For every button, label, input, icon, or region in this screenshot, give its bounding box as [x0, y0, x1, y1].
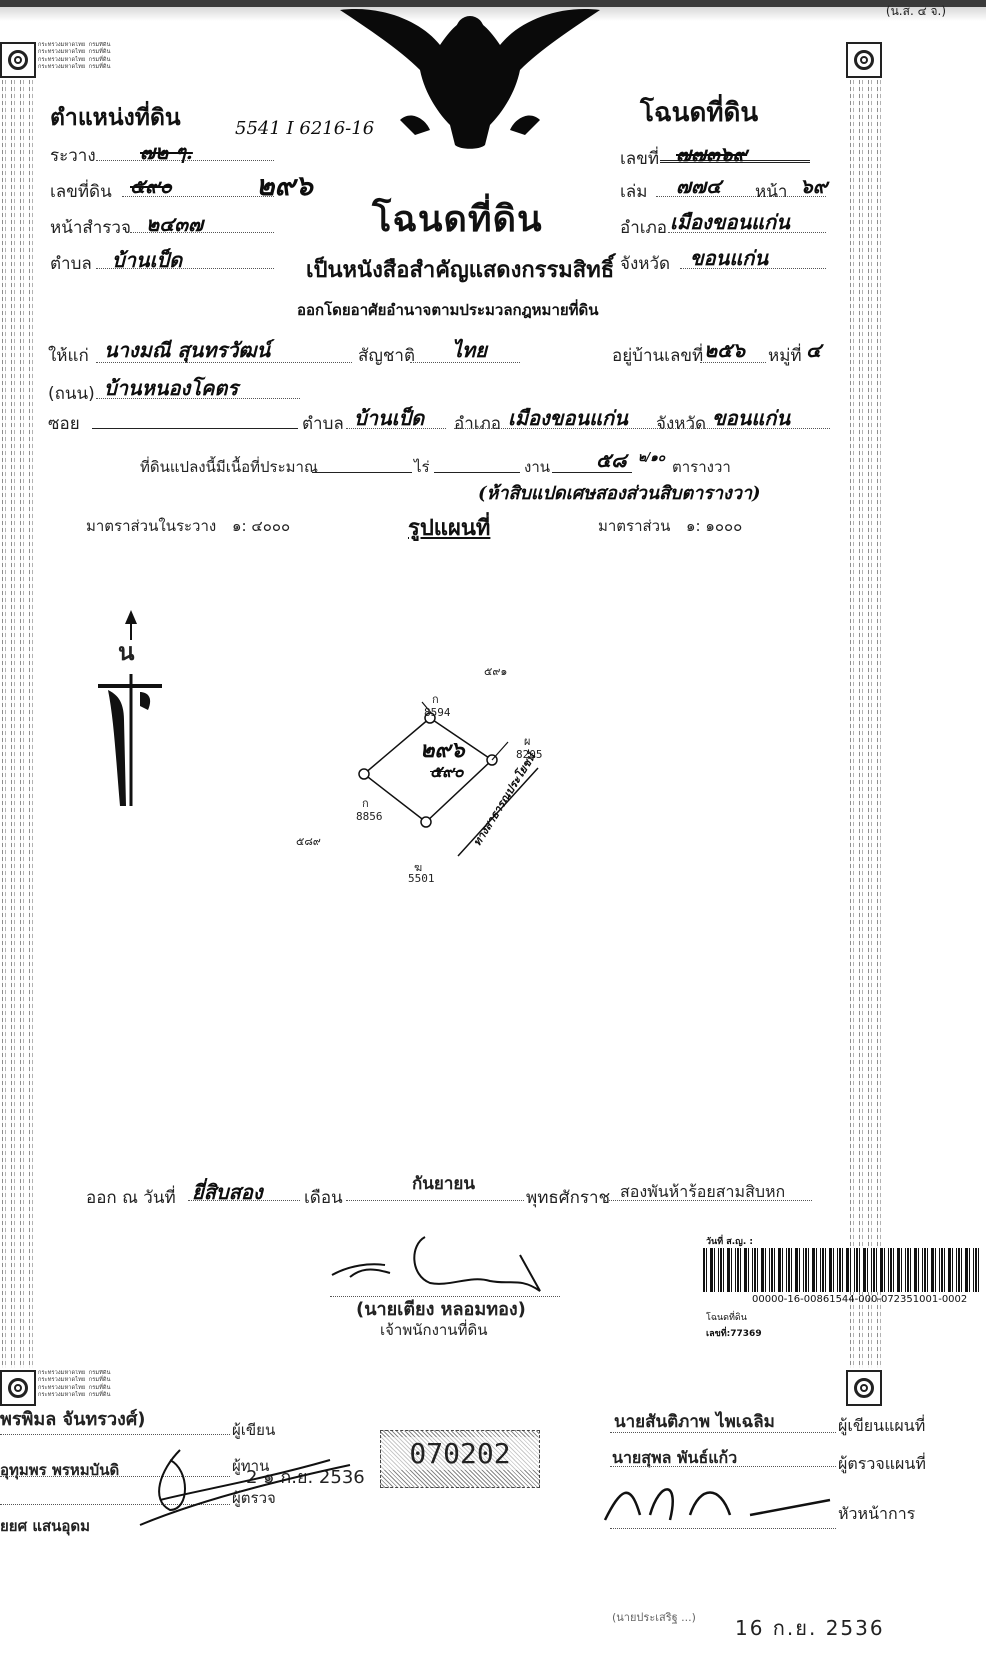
- wa-value: ๕๘: [596, 444, 627, 476]
- map-scale-value: ๑: ๑๐๐๐: [686, 514, 742, 538]
- owner-name: นางมณี สุนทรวัฒน์: [104, 334, 270, 366]
- writer-line: [0, 1434, 230, 1435]
- security-pattern-left: [0, 80, 36, 1368]
- province-value-header: ขอนแก่น: [690, 242, 768, 274]
- map-writer-name: นายสันติภาพ ไพเฉลิม: [614, 1408, 775, 1435]
- issue-day: ยี่สิบสอง: [192, 1176, 263, 1208]
- neighbor-parcel-number: 8856: [356, 810, 383, 823]
- barcode-label: วันที่ ส.ญ. :: [706, 1234, 753, 1248]
- plot-number-struck: ๕๙๐: [430, 760, 464, 785]
- page-value: ๖๙: [800, 170, 827, 202]
- barcode-doc-type: โฉนดที่ดิน: [706, 1310, 747, 1324]
- head-name: (นายประเสริฐ ...): [612, 1608, 696, 1626]
- amphoe-label-header: อำเภอ: [620, 214, 667, 241]
- writer-name: พรพิมล จันทรวงศ์): [0, 1404, 146, 1433]
- issue-month: กันยายน: [412, 1170, 475, 1197]
- wa-label: ตารางวา: [672, 455, 731, 479]
- writer-role: ผู้เขียน: [232, 1418, 275, 1442]
- serial-stamp-number: 070202: [381, 1437, 539, 1470]
- barcode-doc-number: เลขที่:77369: [706, 1326, 762, 1340]
- soi-line: [92, 428, 298, 429]
- ngan-line: [434, 472, 520, 473]
- survey-page-value: ๒๔๓๗: [146, 208, 203, 240]
- deed-number-label: เลขที่: [620, 145, 659, 172]
- issue-year-label: พุทธศักราช: [526, 1184, 610, 1211]
- serial-stamp: 070202: [380, 1430, 540, 1488]
- map-sheet-correction: 5541 I 6216-16: [235, 118, 374, 139]
- form-code: (น.ส. ๔ จ.): [886, 2, 946, 21]
- neighbor-parcel-number: 8594: [424, 706, 451, 719]
- tambon-value-header: บ้านเป็ด: [112, 244, 182, 276]
- issue-month-label: เดือน: [304, 1184, 343, 1211]
- road-label: (ถนน): [48, 380, 95, 407]
- map-scale-label: มาตราส่วน: [598, 514, 670, 538]
- public-road-label: ทางสาธารณประโยชน์: [468, 749, 540, 849]
- house-number-value: ๒๕๖: [704, 334, 745, 366]
- corner-rosette-icon: [0, 1370, 36, 1406]
- house-number-label: อยู่บ้านเลขที่: [612, 342, 703, 369]
- rai-label: ไร่: [414, 455, 430, 479]
- land-number-label: เลขที่ดิน: [50, 178, 112, 205]
- give-to-label: ให้แก่: [48, 342, 89, 369]
- ngan-label: งาน: [524, 455, 550, 479]
- province-label-header: จังหวัด: [620, 250, 670, 277]
- province-value: ขอนแก่น: [712, 402, 790, 434]
- deed-number-value: ๗๗๓๖๙: [676, 138, 747, 170]
- reviewer-name: ยยศ แสนอุดม: [0, 1514, 90, 1538]
- garuda-emblem-icon: [340, 0, 600, 160]
- north-label: น: [118, 632, 134, 671]
- book-label: เล่ม: [620, 178, 647, 205]
- moo-label: หมู่ที่: [768, 342, 802, 369]
- barcode-number: 00000-16-00861544-000-072351001-0002: [752, 1294, 967, 1305]
- deed-title-right: โฉนดที่ดิน: [640, 92, 758, 133]
- head-line: [610, 1528, 836, 1529]
- page-label: หน้า: [755, 178, 787, 205]
- wa-fraction: ๒/๑๐: [638, 448, 665, 467]
- issue-month-line: [346, 1200, 524, 1201]
- neighbor-label: ๕๙๑: [484, 662, 507, 680]
- map-checker-role: ผู้ตรวจแผนที่: [838, 1452, 926, 1477]
- security-pattern-top: กระทรวงมหาดไทย กรมที่ดินกระทรวงมหาดไทย ก…: [38, 42, 844, 74]
- map-checker-line: [610, 1466, 836, 1467]
- book-value: ๗๗๔: [676, 170, 721, 202]
- area-in-words: (ห้าสิบแปดเศษสองส่วนสิบตารางวา): [478, 478, 761, 507]
- neighbor-label: ๕๘๙: [296, 832, 321, 850]
- rawang-scale-value: ๑: ๔๐๐๐: [232, 514, 290, 538]
- land-location-title: ตำแหน่งที่ดิน: [50, 100, 181, 136]
- nationality-label: สัญชาติ: [358, 342, 415, 369]
- land-number-struck: ๕๙๐: [130, 170, 172, 202]
- rawang-label: ระวาง: [50, 142, 96, 169]
- rawang-value: ๗๒ ๆ.: [140, 136, 193, 168]
- road-value: บ้านหนองโคตร: [104, 372, 238, 404]
- corner-rosette-icon: [846, 42, 882, 78]
- corner-rosette-icon: [846, 1370, 882, 1406]
- approval-date-stamp: 16 ก.ย. 2536: [735, 1612, 885, 1644]
- checker-name: อุทุมพร พรหมบันดิ: [0, 1458, 119, 1482]
- land-plot-diagram: [60, 600, 820, 1160]
- barcode: [703, 1248, 981, 1292]
- moo-value: ๔: [806, 334, 821, 366]
- amphoe-label: อำเภอ: [454, 410, 501, 437]
- rawang-scale-label: มาตราส่วนในระวาง: [86, 514, 216, 538]
- soi-label: ซอย: [48, 410, 80, 437]
- amphoe-value-header: เมืองขอนแก่น: [670, 206, 790, 238]
- issued-by-authority: ออกโดยอาศัยอำนาจตามประมวลกฎหมายที่ดิน: [297, 298, 599, 322]
- tambon-value: บ้านเป็ด: [354, 402, 424, 434]
- officer-title: เจ้าพนักงานที่ดิน: [380, 1318, 487, 1342]
- checker-signature: [120, 1440, 360, 1530]
- map-title: รูปแผนที่: [408, 510, 490, 545]
- officer-signature: [330, 1235, 550, 1295]
- head-role: หัวหน้าการ: [838, 1502, 915, 1527]
- corner-rosette-icon: [0, 42, 36, 78]
- issue-year: สองพันห้าร้อยสามสิบหก: [620, 1180, 785, 1205]
- rai-line: [312, 472, 412, 473]
- nationality-value: ไทย: [452, 334, 487, 366]
- security-pattern-right: [848, 80, 884, 1368]
- area-label: ที่ดินแปลงนี้มีเนื้อที่ประมาณ: [140, 455, 318, 479]
- amphoe-value: เมืองขอนแก่น: [508, 402, 628, 434]
- map-checker-name: นายสุพล พันธ์แก้ว: [612, 1446, 737, 1471]
- head-signature: [600, 1470, 840, 1530]
- neighbor-parcel-number: 5501: [408, 872, 435, 885]
- map-writer-role: ผู้เขียนแผนที่: [838, 1414, 925, 1439]
- security-pattern-bottom: กระทรวงมหาดไทย กรมที่ดินกระทรวงมหาดไทย ก…: [38, 1370, 844, 1402]
- tambon-label: ตำบล: [302, 410, 344, 437]
- tambon-label-header: ตำบล: [50, 250, 92, 277]
- survey-page-label: หน้าสำรวจ: [50, 214, 131, 241]
- map-writer-line: [610, 1432, 836, 1433]
- document-title: โฉนดที่ดิน: [372, 190, 543, 247]
- land-number-value: ๒๙๖: [256, 164, 313, 208]
- document-subtitle: เป็นหนังสือสำคัญแสดงกรรมสิทธิ์: [306, 252, 614, 287]
- issue-date-label: ออก ณ วันที่: [86, 1184, 176, 1211]
- province-label: จังหวัด: [656, 410, 706, 437]
